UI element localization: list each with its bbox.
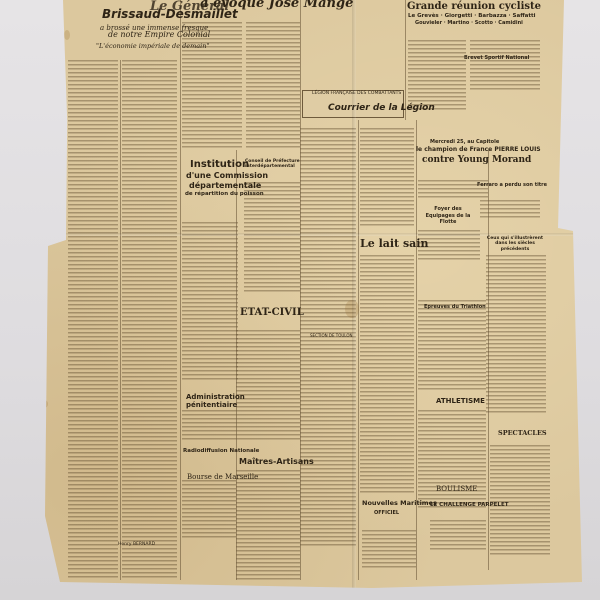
headline-officiel: OFFICIEL: [374, 511, 399, 516]
headline-empire: de notre Empire Colonial: [108, 31, 210, 39]
headline-conseil: Conseil de Préfecture interdépartemental: [245, 160, 300, 169]
text-column: [430, 520, 486, 550]
headline-athletisme: ATHLETISME: [436, 398, 485, 405]
headline-maitres-artisans: Maîtres-Artisans: [239, 458, 314, 466]
headline-riders: Le Grevès · Giorgetti · Barbazza · Saffa…: [408, 14, 536, 20]
newspaper-photo: Le Général Brissaud-Desmaillet a brossé …: [0, 0, 600, 600]
text-column: [470, 40, 540, 90]
headline-poisson: de répartition du poisson: [185, 192, 264, 198]
text-column: [360, 128, 414, 228]
headline-souvenirs: Ceux qui s'illustrèrent dans les siècles…: [482, 236, 548, 252]
headline-capitole: Mercredi 25, au Capitole: [430, 140, 499, 145]
text-column: [68, 60, 118, 580]
text-column: [480, 200, 540, 220]
headline-jose-mange: a évoqué José Mangé: [200, 0, 353, 10]
headline-etat-civil: ETAT-CIVIL: [240, 308, 304, 318]
text-column: [418, 300, 486, 390]
text-column: [182, 222, 238, 382]
headline-radio: Radiodiffusion Nationale: [183, 449, 259, 455]
text-column: [418, 410, 486, 510]
text-column: [490, 445, 550, 555]
headline-courrier-legion: Courrier de la Légion: [328, 104, 435, 113]
text-column: [182, 480, 236, 540]
headline-young-morand: contre Young Morand: [422, 156, 531, 165]
text-column: [122, 60, 177, 580]
headline-brevet: Brevet Sportif National: [464, 56, 529, 61]
headline-pierre-louis: le champion de France PIERRE LOUIS: [416, 147, 541, 153]
headline-commission: d'une Commission: [186, 172, 268, 180]
text-column: [486, 255, 546, 415]
headline-bourse: Bourse de Marseille: [187, 474, 258, 481]
text-column: [236, 330, 300, 440]
headline-nouvelles-maritimes: Nouvelles Maritimes: [362, 500, 437, 507]
headline-triathlon: Epreuves du Triathlon: [424, 305, 486, 310]
text-column: [182, 410, 236, 440]
text-column: [236, 470, 300, 580]
headline-administration: Administration pénitentiaire: [186, 393, 236, 410]
headline-lait-sain: Le lait sain: [360, 238, 428, 249]
text-column: [246, 22, 300, 150]
signature: Henry BERNARD: [118, 543, 155, 548]
headline-riders2: Gouvieler · Martino · Scotto · Camidini: [415, 21, 523, 26]
text-column: [360, 255, 414, 495]
headline-economie: "L'économie impériale de demain": [96, 43, 209, 50]
headline-challenge: LE CHALLENGE PARPELET: [430, 503, 508, 509]
headline-section-toulon: SECTION DE TOULON: [310, 334, 353, 338]
text-column: [244, 182, 300, 292]
headline-ferraro: Ferraro a perdu son titre: [477, 183, 547, 188]
headline-boulisme: BOULISME: [436, 486, 477, 493]
legion-banner: LÉGION FRANÇAISE DES COMBATTANTS: [312, 92, 401, 97]
text-column: [408, 40, 466, 110]
headline-foyer: Foyer des Equipages de la Flotte: [420, 206, 476, 226]
headline-cycliste: Grande réunion cycliste: [407, 2, 541, 12]
text-column: [362, 530, 416, 570]
text-column: [300, 128, 356, 548]
headline-institution: Institution: [190, 160, 249, 170]
headline-departementale: départementale: [189, 182, 261, 190]
newspaper-sheet: Le Général Brissaud-Desmaillet a brossé …: [0, 0, 600, 600]
headline-spectacles: SPECTACLES: [498, 430, 547, 437]
